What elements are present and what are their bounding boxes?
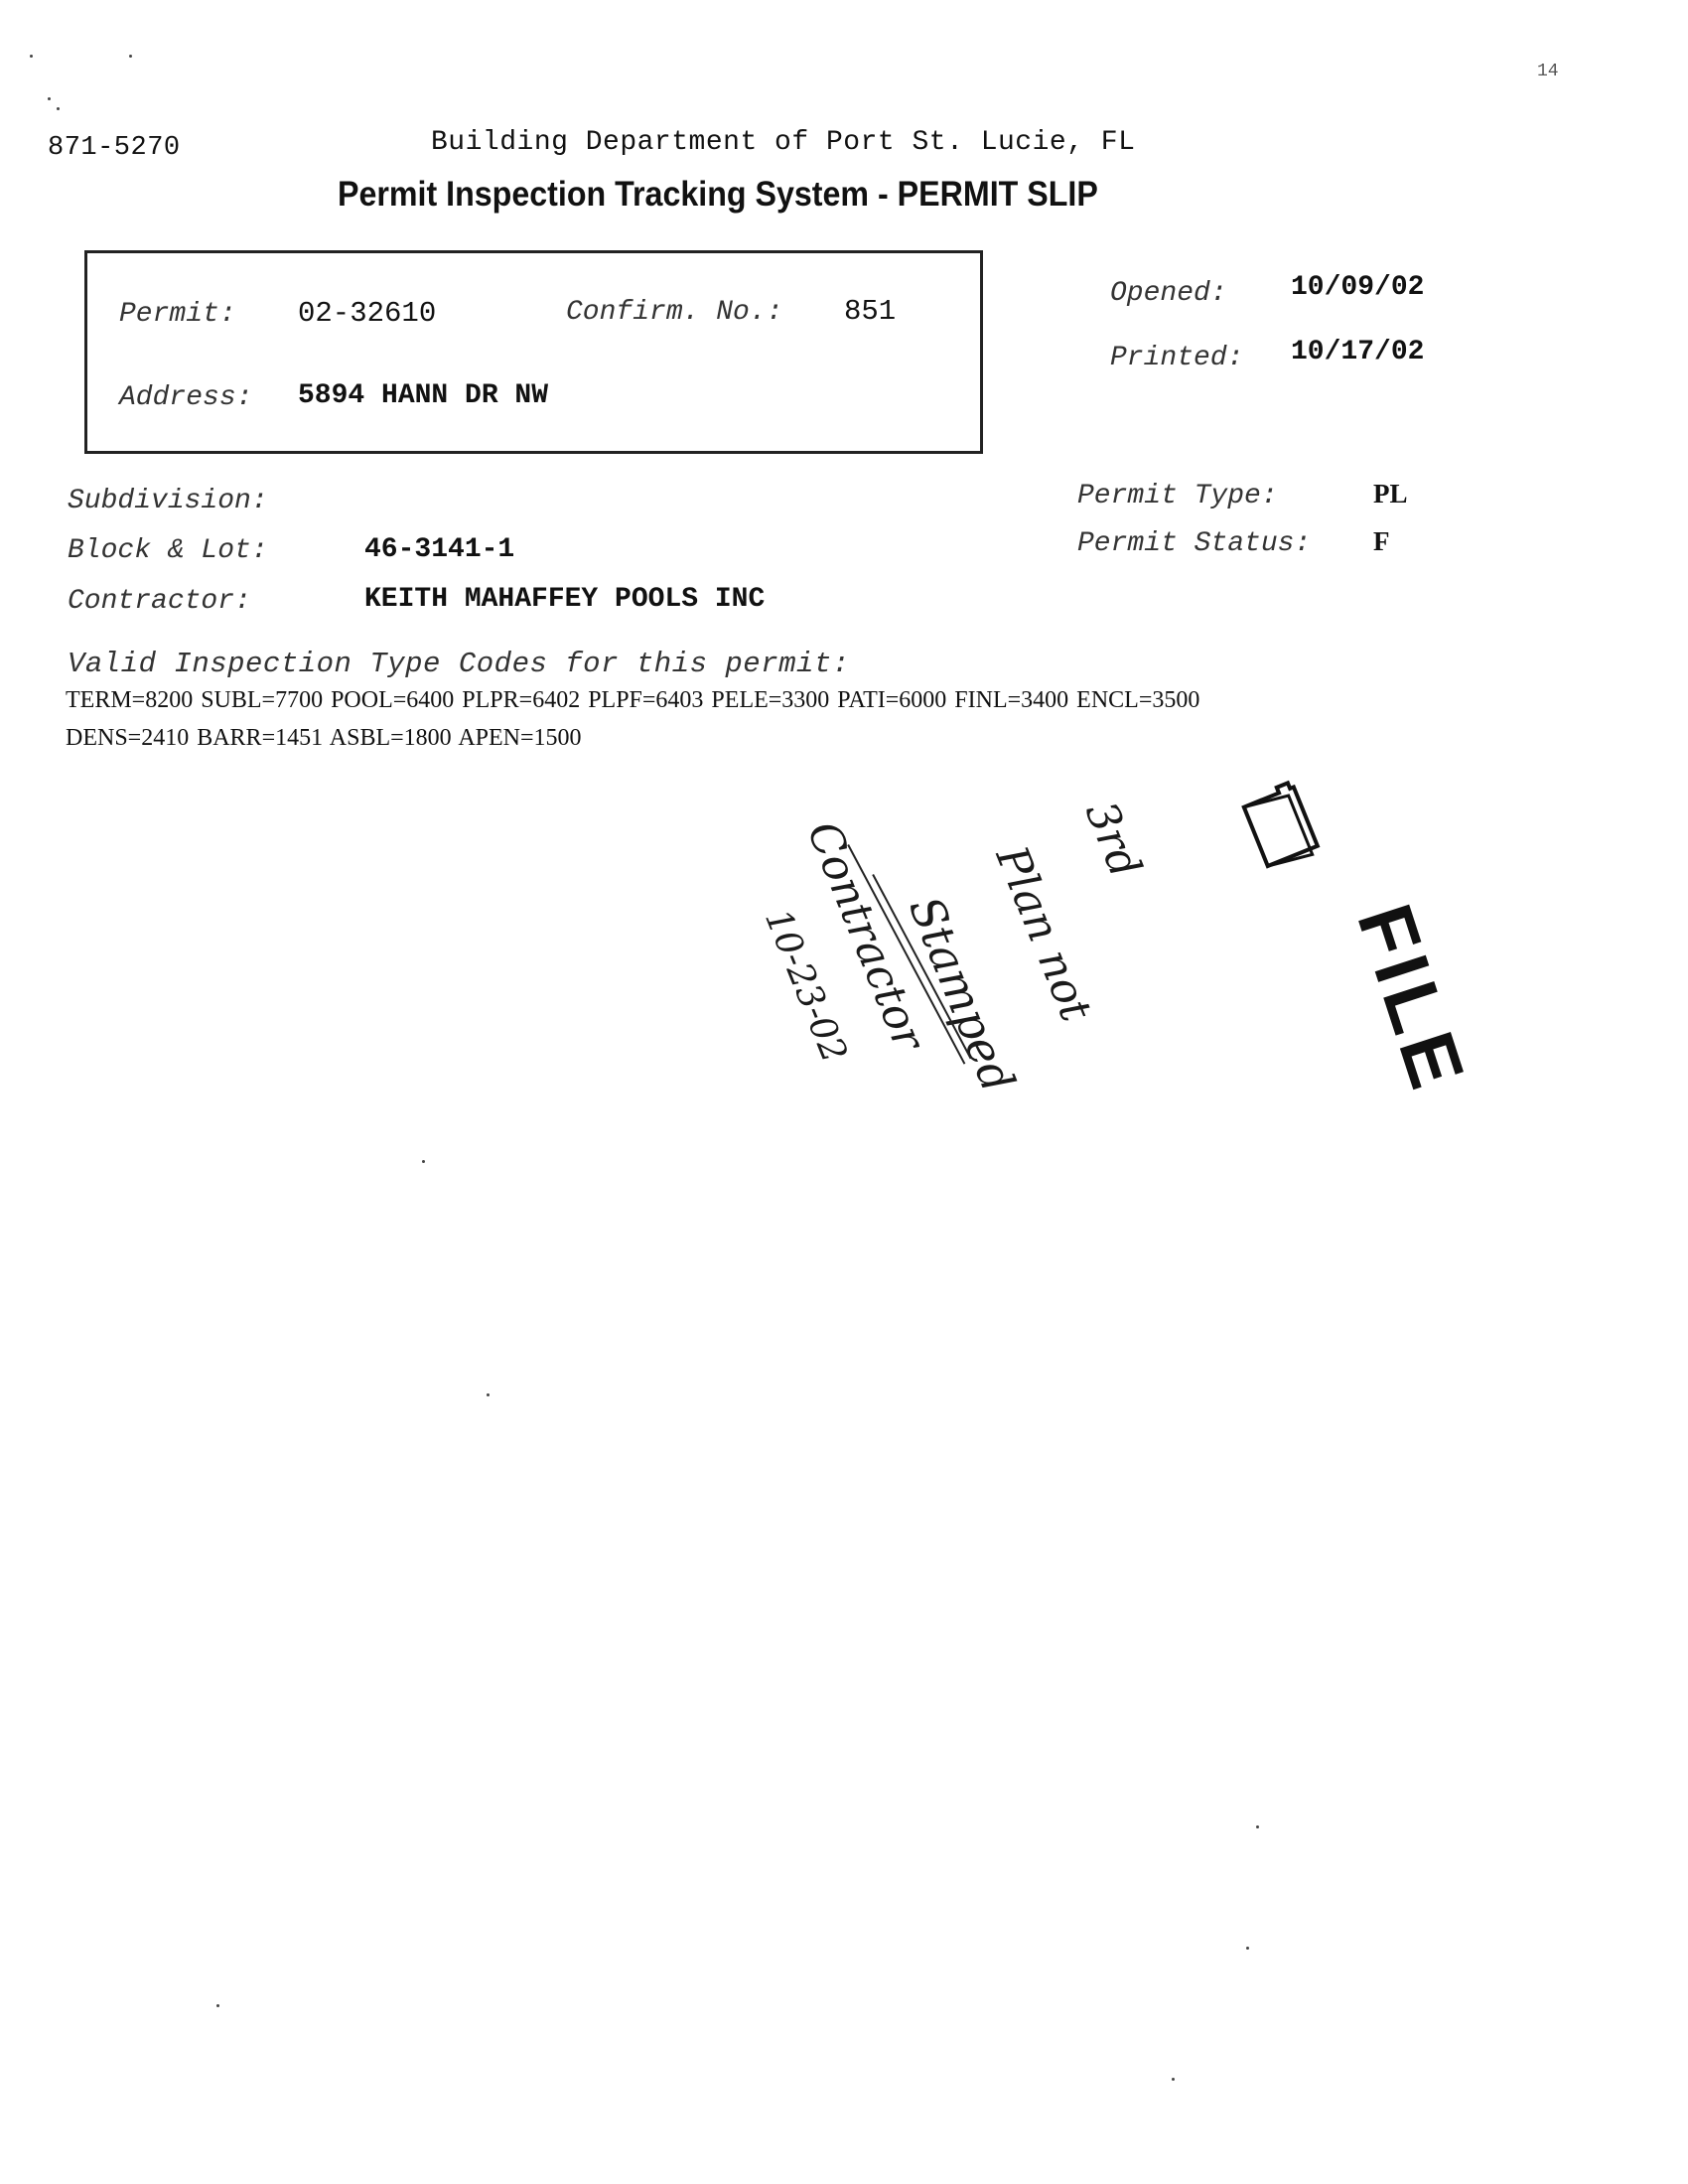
permit-info-box: Permit: 02-32610 Confirm. No.: 851 Addre… (84, 250, 983, 454)
opened-date: 10/09/02 (1291, 272, 1424, 303)
address-label: Address: (119, 382, 252, 413)
scan-speck (57, 107, 60, 110)
scan-speck (216, 2004, 219, 2007)
printed-date: 10/17/02 (1291, 337, 1424, 367)
scan-speck (487, 1393, 490, 1396)
confirm-label: Confirm. No.: (566, 297, 782, 328)
handwritten-note: 3rd Plan not Stamped Contractor 10-23-02 (765, 795, 1182, 1092)
confirm-number: 851 (844, 295, 896, 328)
file-stamp-text: FILE (1338, 894, 1483, 1104)
contractor-value: KEITH MAHAFFEY POOLS INC (364, 584, 765, 615)
scan-speck (1256, 1825, 1259, 1828)
permit-status-label: Permit Status: (1077, 528, 1311, 559)
scan-speck (422, 1160, 425, 1163)
department-heading: Building Department of Port St. Lucie, F… (431, 127, 1135, 158)
phone-number: 871-5270 (48, 133, 181, 163)
inspection-codes-line: TERM=8200 SUBL=7700 POOL=6400 PLPR=6402 … (66, 687, 1199, 714)
scan-speck (1246, 1947, 1249, 1950)
permit-type-label: Permit Type: (1077, 481, 1278, 511)
document-title: Permit Inspection Tracking System - PERM… (338, 175, 1098, 215)
scan-speck (129, 55, 132, 58)
scan-speck (48, 97, 51, 100)
handwritten-line: Plan not (986, 839, 1101, 1028)
handwritten-line: 3rd (1075, 795, 1151, 885)
block-lot-label: Block & Lot: (68, 535, 268, 566)
inspection-codes-heading: Valid Inspection Type Codes for this per… (68, 648, 850, 680)
page-number: 14 (1537, 62, 1559, 81)
scan-speck (30, 55, 33, 58)
permit-type-value: PL (1373, 479, 1408, 510)
subdivision-label: Subdivision: (68, 486, 268, 516)
printed-label: Printed: (1110, 343, 1243, 373)
permit-number: 02-32610 (298, 297, 436, 330)
contractor-label: Contractor: (68, 586, 251, 617)
file-stamp: FILE (1241, 775, 1440, 1112)
handwritten-line: Stamped (899, 889, 1026, 1099)
block-lot-value: 46-3141-1 (364, 534, 514, 565)
scan-speck (1172, 2078, 1175, 2081)
folder-icon (1241, 775, 1321, 874)
inspection-codes-line: DENS=2410 BARR=1451 ASBL=1800 APEN=1500 (66, 725, 582, 752)
address-value: 5894 HANN DR NW (298, 380, 548, 411)
permit-label: Permit: (119, 299, 236, 330)
permit-status-value: F (1373, 526, 1390, 557)
opened-label: Opened: (1110, 278, 1227, 309)
